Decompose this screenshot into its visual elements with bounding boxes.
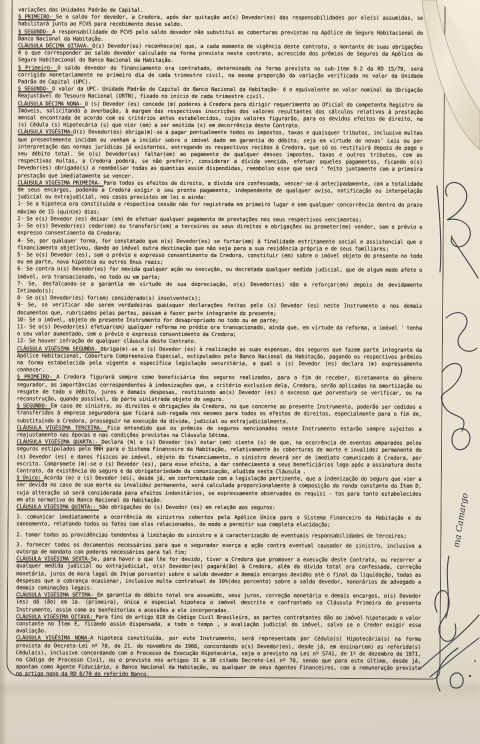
fold-text-fragment: ia hipotec neste contr <box>447 0 472 89</box>
handwriting-text: ma Camargo <box>452 492 471 548</box>
clause-text: 11- Se o(s) Devedor(es) efetuar(em) qual… <box>17 324 422 338</box>
clause-label: CLÁUSULA VIGÉSIMA- <box>18 130 73 136</box>
clause-text: A Credora figurará sempre como beneficiá… <box>17 375 422 403</box>
clause-paragraph: CLÁUSULA VIGÉSIMA OITAVA: Para fins do a… <box>16 614 421 637</box>
clause-paragraph: 3- Se o(s) Devedor(es) ceder(em) ou tran… <box>17 223 422 239</box>
clause-paragraph: CLÁUSULA VIGÉSIMA SEXTA-Se, para haver o… <box>16 557 421 594</box>
clause-text: 10- Se o imóvel, objeto do presente Inst… <box>17 317 278 324</box>
clause-paragraph: 9- Se, se verificar não serem verdadeira… <box>17 303 422 319</box>
document-body: variações das Unidades Padrão de Capital… <box>16 7 423 680</box>
clause-label: § PRIMEIRO- <box>18 14 56 20</box>
clause-paragraph: 2. tomar todas as providências tendentes… <box>16 532 421 541</box>
clause-label: § SEGUNDO- <box>17 403 51 409</box>
clause-label: § Primeiro- <box>18 65 57 71</box>
clause-paragraph: CLÁUSULA VIGÉSIMA QUINTA:- São obrigaçõe… <box>16 504 421 513</box>
clause-label: CLÁUSULA VIGÉSIMA SÉTIMA- <box>16 593 97 599</box>
clause-label: CLÁUSULA VIGÉSIMA QUINTA:- <box>16 504 99 510</box>
clause-text: 2. tomar todas as providências tendentes… <box>16 532 406 539</box>
clause-paragraph: 7- Se, desfalcando-se a garantia em virt… <box>17 281 422 297</box>
ink-dot <box>469 675 471 677</box>
clause-text: O valor da UPC- Unidade Padrão de Capita… <box>18 87 423 101</box>
ink-dot <box>474 660 476 662</box>
clause-text: 6- Se contra o(s) Devedor(es) for movida… <box>17 267 422 281</box>
clause-text: 12- Se houver infração de qualquer cláus… <box>17 339 197 346</box>
clause-label: CLÁUSULA VIGÉSIMA PRIMEIRA- <box>18 180 104 186</box>
clause-paragraph: CLÁUSULA VIGÉSIMA SÉTIMA- Em garantia do… <box>16 593 421 616</box>
clause-paragraph: CLÁUSULA VIGÉSIMA SEGUNDA- Obriga(m)-se … <box>17 346 422 376</box>
clause-label: CLÁUSULA VIGÉSIMA QUARTA:- <box>17 439 102 445</box>
pen-curl <box>450 673 463 688</box>
clause-paragraph: CLÁUSULA VIGÉSIMA NONA-A hipoteca consti… <box>16 636 421 681</box>
clause-paragraph: § PRIMEIRO- A Credora figurará sempre co… <box>17 375 422 405</box>
clause-text: O saldo devedor do financiamento ora con… <box>18 65 423 86</box>
clause-text: A responsabilidade do FCVS pelo saldo de… <box>18 29 423 42</box>
clause-text: Em caso de sinistro, os direitos e obrig… <box>17 404 422 425</box>
clause-text: 1- Se a hipoteca ora constituída e respe… <box>17 202 422 215</box>
clause-text: 4- Se, por qualquer forma, for constatad… <box>17 238 422 252</box>
clause-label: § PRIMEIRO- <box>17 375 57 381</box>
clause-paragraph: § Primeiro- O saldo devedor do financiam… <box>18 65 423 88</box>
signature-scribble <box>446 313 477 352</box>
clause-text: 9- Se, se verificar não serem verdadeira… <box>17 303 422 317</box>
clause-label: CLÁUSULA DÉCIMA NONA- <box>18 101 85 107</box>
clause-text: 7- Se, desfalcando-se a garantia em virt… <box>17 281 422 294</box>
clause-text: 8- Se o(s) Devedor(es) for(em) considera… <box>17 295 201 302</box>
clause-label: CLÁUSULA VIGÉSIMA SEXTA- <box>16 557 90 563</box>
clause-paragraph: 6- Se contra o(s) Devedor(es) for movida… <box>17 267 422 283</box>
clause-label: CLÁUSULA DÉCIMA OITAVA- <box>18 43 92 49</box>
clause-text: São obrigações do (s) Devedor (es) em re… <box>99 505 275 512</box>
clause-paragraph: § SEGUNDO- A responsabilidade do FCVS pe… <box>18 29 423 45</box>
signature-scribble <box>446 183 471 247</box>
clause-paragraph: CLÁUSULA DÉCIMA NONA- O (s) Devedor (es)… <box>18 101 423 131</box>
clause-label: § SEGUNDO- <box>18 29 52 35</box>
clause-text: 3- Se o(s) Devedor(es) ceder(em) ou tran… <box>17 223 422 237</box>
clause-label: CLÁUSULA VIGÉSIMA OITAVA: <box>16 614 95 620</box>
clause-text: Acorda (m) o (s) Devedor (es), desde já,… <box>16 476 421 504</box>
clause-paragraph: CLÁUSULA VIGÉSIMA QUARTA:- Declara (m) o… <box>17 439 422 476</box>
clause-paragraph: 1- Se a hipoteca ora constituída e respe… <box>17 202 422 218</box>
pen-stroke <box>446 556 449 618</box>
clause-text: O(s) Devedor(es) obriga(m)-se a pagar po… <box>18 130 423 179</box>
clause-paragraph: CLÁUSULA DÉCIMA OITAVA- O(s) Devedor(es)… <box>18 43 423 66</box>
clause-paragraph: § Único: Acorda (m) o (s) Devedor (es), … <box>16 475 421 505</box>
clause-label: § Único: <box>17 475 44 481</box>
clause-paragraph: § SEGUNDO- O valor da UPC- Unidade Padrã… <box>18 87 423 103</box>
clause-paragraph: 1. comunicar imediatamente a ocorrência … <box>16 515 421 531</box>
fold-text-fragment: sula TRIG para os f <box>454 0 479 91</box>
clause-paragraph: CLÁUSULA VIGÉSIMA PRIMEIRA- Para todos o… <box>17 180 422 203</box>
clause-paragraph: § SEGUNDO- Em caso de sinistro, os direi… <box>17 403 422 426</box>
clause-paragraph: § PRIMEIRO- Se o saldo for devedor, a Cr… <box>18 14 423 30</box>
clause-text: 2- Se o(s) Devedor (es) deixar (em) de e… <box>17 216 361 223</box>
signature-scribble <box>441 363 464 431</box>
clause-text: 5- Se o(s) Devedor (es), sem o prévio e … <box>17 252 422 266</box>
clause-paragraph: CLÁUSULA VIGÉSIMA-O(s) Devedor(es) obrig… <box>18 130 423 182</box>
pen-stroke <box>452 238 478 278</box>
clause-text: 1. comunicar imediatamente a ocorrência … <box>16 515 421 529</box>
clause-label: CLÁUSULA VIGÉSIMA NONA- <box>16 636 90 642</box>
scanned-contract-page: variações das Unidades Padrão de Capital… <box>0 0 480 744</box>
clause-label: CLÁUSULA VIGÉSIMA SEGUNDA- <box>17 346 100 352</box>
clause-text: A hipoteca constituída, por este Instrum… <box>16 636 421 678</box>
signature-scribble <box>452 429 470 450</box>
clause-label: CLÁUSULA VIGÉSIMA TERCEIRA- <box>17 425 108 431</box>
clause-label: § SEGUNDO- <box>18 87 52 93</box>
clause-text: Se o saldo for devedor, a Credora, após … <box>18 15 423 29</box>
clause-text: 3. fornecer todos os documentos necessár… <box>16 542 421 556</box>
clause-paragraph: 4- Se, por qualquer forma, for constatad… <box>17 238 422 254</box>
clause-text: variações das Unidades Padrão de Capital… <box>18 7 143 13</box>
